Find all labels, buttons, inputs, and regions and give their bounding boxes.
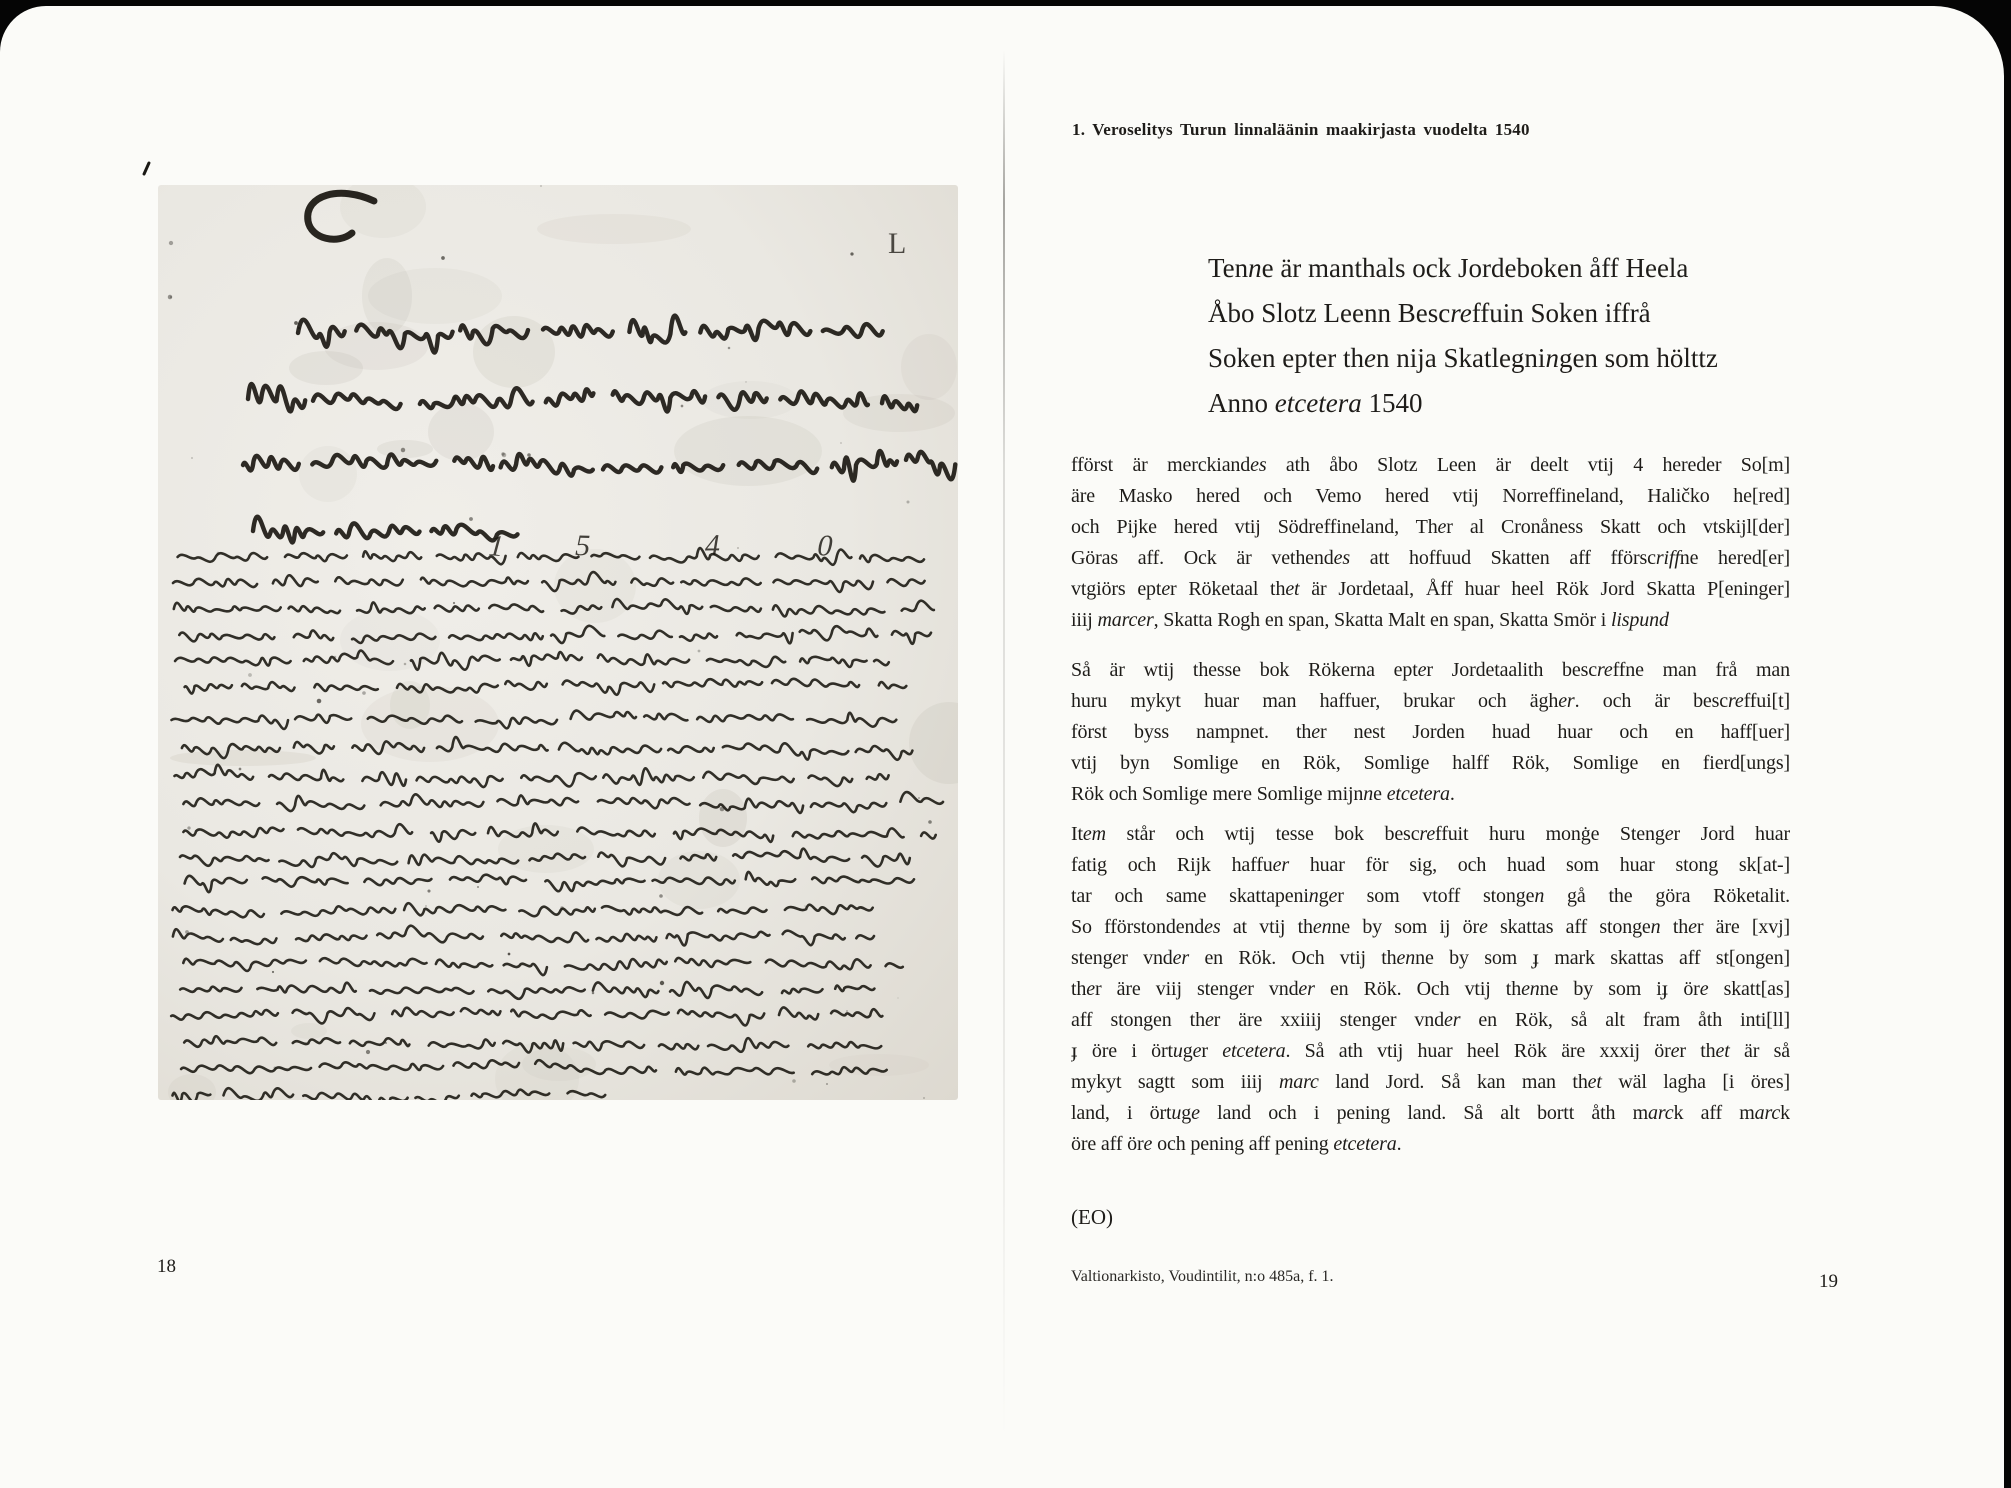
book-scan: 1540L 18 1. Veroselitys Turun linnalääni… [0, 0, 2011, 1488]
transcription-line: och Pijke hered vtij Södreffineland, The… [1071, 512, 1790, 543]
transcription-line: Item står och wtij tesse bok bescreffuit… [1071, 819, 1790, 850]
transcription-line: land, i örtuge land och i pening land. S… [1071, 1098, 1790, 1129]
transcription-line: aff stongen ther äre xxiiij stenger vnde… [1071, 1005, 1790, 1036]
source-footnote: Valtionarkisto, Voudintilit, n:o 485a, f… [1071, 1268, 1334, 1286]
transcription-line: ɟ öre i örtuger etcetera. Så ath vtij hu… [1071, 1036, 1790, 1067]
manuscript-handwriting: 1540L [158, 185, 958, 1100]
transcription-line: öre aff öre och pening aff pening etcete… [1071, 1129, 1790, 1160]
transcription-line: Göras aff. Ock är vethendes att hoffuud … [1071, 543, 1790, 574]
transcription-line: vtij byn Somlige en Rök, Somlige halff R… [1071, 748, 1790, 779]
transcription-line: Rök och Somlige mere Somlige mijnne etce… [1071, 779, 1790, 810]
transcription-line: vtgiörs epter Röketaal thet är Jordetaal… [1071, 574, 1790, 605]
transcription-heading-block: Tenne är manthals ock Jordeboken åff Hee… [1208, 246, 1808, 426]
transcription-heading-line: Soken epter then nija Skatlegningen som … [1208, 336, 1808, 381]
transcription-line: fatig och Rijk haffuer huar för sig, och… [1071, 850, 1790, 881]
transcription-line: ther äre viij stenger vnder en Rök. Och … [1071, 974, 1790, 1005]
chapter-header: 1. Veroselitys Turun linnaläänin maakirj… [1072, 120, 1530, 140]
transcription-paragraph-3: Item står och wtij tesse bok bescreffuit… [1071, 819, 1790, 1160]
transcription-line: stenger vnder en Rök. Och vtij thenne by… [1071, 943, 1790, 974]
transcription-line: huru mykyt huar man haffuer, brukar och … [1071, 686, 1790, 717]
transcription-paragraph-1: fförst är merckiandes ath åbo Slotz Leen… [1071, 450, 1790, 636]
transcription-line: äre Masko hered och Vemo hered vtij Norr… [1071, 481, 1790, 512]
transcription-heading-line: Tenne är manthals ock Jordeboken åff Hee… [1208, 246, 1808, 291]
transcription-line: So fförstondendes at vtij thenne by som … [1071, 912, 1790, 943]
manuscript-folio-mark: L [888, 227, 906, 260]
transcription-heading-line: Anno etcetera 1540 [1208, 381, 1808, 426]
transcription-line: iiij marcer, Skatta Rogh en span, Skatta… [1071, 605, 1790, 636]
page-gutter-fold [1003, 50, 1005, 1440]
transcription-line: mykyt sagtt som iiij marc land Jord. Så … [1071, 1067, 1790, 1098]
transcription-line: fförst är merckiandes ath åbo Slotz Leen… [1071, 450, 1790, 481]
page-number-right: 19 [1819, 1271, 1838, 1293]
transcription-line: först byss nampnet. ther nest Jorden hua… [1071, 717, 1790, 748]
transcription-line: Så är wtij thesse bok Rökerna epter Jord… [1071, 655, 1790, 686]
editor-signature: (EO) [1071, 1205, 1113, 1230]
transcription-paragraph-2: Så är wtij thesse bok Rökerna epter Jord… [1071, 655, 1790, 810]
transcription-heading-line: Åbo Slotz Leenn Bescreffuin Soken iffrå [1208, 291, 1808, 336]
transcription-line: tar och same skattapeninger som vtoff st… [1071, 881, 1790, 912]
page-number-left: 18 [157, 1256, 176, 1278]
manuscript-photo: 1540L [158, 185, 958, 1100]
